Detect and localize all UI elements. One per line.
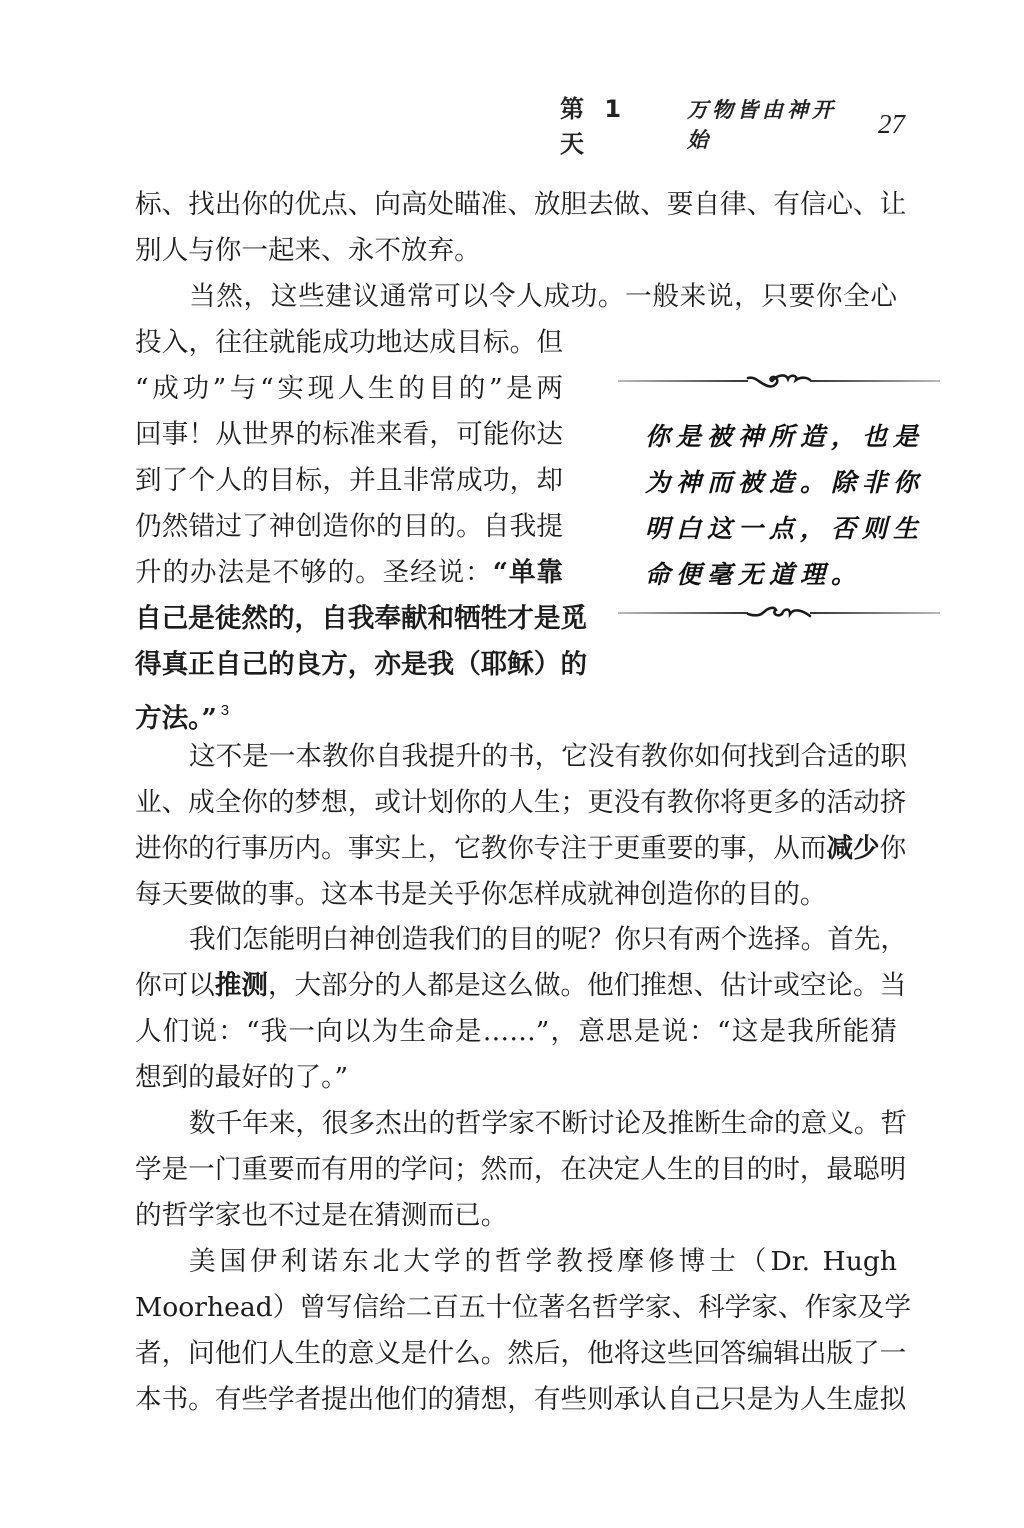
text-line: 方法。”3: [135, 688, 563, 734]
text-line: 升的办法是不够的。圣经说：“单靠: [135, 550, 563, 596]
paragraph-2: 当然，这些建议通常可以令人成功。一般来说，只要你全心: [135, 274, 897, 320]
text-line: 美国伊利诺东北大学的哲学教授摩修博士（Dr. Hugh: [135, 1239, 897, 1285]
chapter-title: 万物皆由神开始: [687, 94, 852, 154]
paragraph-5: 数千年来，很多杰出的哲学家不断讨论及推断生命的意义。哲 学是一门重要而有用的学问…: [135, 1101, 897, 1239]
text-line: 别人与你一起来、永不放弃。: [135, 228, 897, 274]
scripture-quote-end: 方法。”: [135, 703, 217, 734]
text-line: 学是一门重要而有用的学问；然而，在决定人生的目的时，最聪明: [135, 1147, 897, 1193]
paragraph-3: 这不是一本教你自我提升的书，它没有教你如何找到合适的职 业、成全你的梦想，或计划…: [135, 734, 897, 918]
emphasis-bold: 推测: [215, 970, 268, 1001]
pull-quote-line: 为神而被造。除非你: [645, 460, 925, 506]
text-line: 的哲学家也不过是在猜测而已。: [135, 1193, 897, 1239]
text-run: 升的办法是不够的。圣经说：: [135, 557, 493, 588]
ornamental-rule-top: [618, 370, 940, 390]
chapter-day-label: 第 1 天: [560, 89, 665, 159]
scripture-quote-line: 得真正自己的良方，亦是我（耶稣）的: [135, 642, 563, 688]
text-run: 你: [880, 833, 907, 864]
text-run: ，大部分的人都是这么做。他们推想、估计或空论。当: [268, 970, 906, 1001]
text-line: 想到的最好的了。”: [135, 1055, 897, 1101]
flourish-ornament-icon: [746, 370, 812, 392]
pull-quote-line: 明白这一点，否则生: [645, 506, 925, 552]
scripture-quote-line: 自己是徒然的，自我奉献和牺牲才是觅: [135, 596, 563, 642]
text-line: 这不是一本教你自我提升的书，它没有教你如何找到合适的职: [135, 734, 897, 780]
paragraph-4: 我们怎能明白神创造我们的目的呢？你只有两个选择。首先， 你可以推测，大部分的人都…: [135, 917, 897, 1101]
text-line: 投入，往往就能成功地达成目标。但: [135, 320, 563, 366]
text-line: 仍然错过了神创造你的目的。自我提: [135, 504, 563, 550]
text-line: 标、找出你的优点、向高处瞄准、放胆去做、要自律、有信心、让: [135, 182, 897, 228]
text-line: 业、成全你的梦想，或计划你的人生；更没有教你将更多的活动挤: [135, 780, 897, 826]
text-line: 当然，这些建议通常可以令人成功。一般来说，只要你全心: [135, 274, 897, 320]
pull-quote-text: 你是被神所造，也是 为神而被造。除非你 明白这一点，否则生 命便毫无道理。: [645, 414, 925, 598]
text-run: 进你的行事历内。事实上，它教你专注于更重要的事，从而: [135, 833, 826, 864]
scripture-quote-bold: “单靠: [493, 557, 563, 588]
text-line: 回事！从世界的标准来看，可能你达: [135, 412, 563, 458]
page-number: 27: [878, 109, 905, 140]
running-head: 第 1 天 万物皆由神开始 27: [560, 104, 905, 144]
ornamental-rule-bottom: [618, 602, 940, 622]
pull-quote-line: 命便毫无道理。: [645, 552, 925, 598]
text-line: 你可以推测，大部分的人都是这么做。他们推想、估计或空论。当: [135, 963, 897, 1009]
text-line: 我们怎能明白神创造我们的目的呢？你只有两个选择。首先，: [135, 917, 897, 963]
text-line: 每天要做的事。这本书是关乎你怎样成就神创造你的目的。: [135, 872, 897, 918]
paragraph-6: 美国伊利诺东北大学的哲学教授摩修博士（Dr. Hugh Moorhead）曾写信…: [135, 1239, 897, 1423]
text-line: 人们说：“我一向以为生命是……”，意思是说：“这是我所能猜: [135, 1009, 897, 1055]
text-line: 数千年来，很多杰出的哲学家不断讨论及推断生命的意义。哲: [135, 1101, 897, 1147]
footnote-reference: 3: [221, 702, 229, 719]
paragraph-1: 标、找出你的优点、向高处瞄准、放胆去做、要自律、有信心、让 别人与你一起来、永不…: [135, 182, 897, 274]
pull-quote-line: 你是被神所造，也是: [645, 414, 925, 460]
text-line: 者，问他们人生的意义是什么。然后，他将这些回答编辑出版了一: [135, 1331, 897, 1377]
pull-quote: 你是被神所造，也是 为神而被造。除非你 明白这一点，否则生 命便毫无道理。: [618, 370, 940, 622]
text-line: Moorhead）曾写信给二百五十位著名哲学家、科学家、作家及学: [135, 1285, 897, 1331]
text-line: “成功”与“实现人生的目的”是两: [135, 366, 563, 412]
emphasis-bold: 减少: [826, 833, 879, 864]
paragraph-2-narrow-column: 投入，往往就能成功地达成目标。但 “成功”与“实现人生的目的”是两 回事！从世界…: [135, 320, 563, 734]
text-line: 本书。有些学者提出他们的猜想，有些则承认自己只是为人生虚拟: [135, 1377, 897, 1423]
text-line: 进你的行事历内。事实上，它教你专注于更重要的事，从而减少你: [135, 826, 897, 872]
flourish-ornament-icon: [746, 602, 812, 624]
text-run: 你可以: [135, 970, 215, 1001]
text-line: 到了个人的目标，并且非常成功，却: [135, 458, 563, 504]
